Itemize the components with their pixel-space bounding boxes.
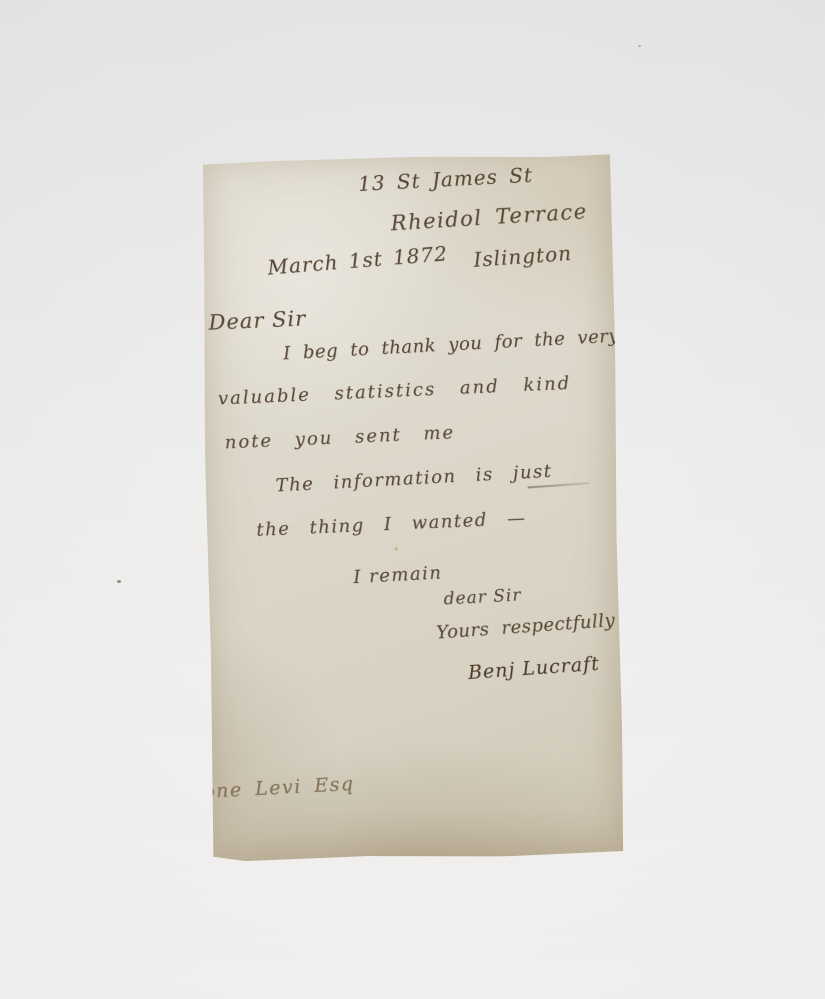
address-line-3: Islington xyxy=(473,241,573,272)
address-line-1: 13 St James St xyxy=(357,163,533,196)
address-line-2: Rheidol Terrace xyxy=(390,199,588,235)
dust-speck xyxy=(117,580,121,583)
body-line-4: The information is just xyxy=(275,461,553,497)
signature: Benj Lucraft xyxy=(467,653,600,684)
body-line-3: note you sent me xyxy=(224,422,455,453)
letter-paper: 13 St James St Rheidol Terrace Islington… xyxy=(200,153,625,861)
body-line-2: valuable statistics and kind xyxy=(218,373,572,410)
pen-flourish xyxy=(528,482,590,488)
salutation: Dear Sir xyxy=(208,306,307,334)
body-line-1: I beg to thank you for the very xyxy=(283,325,620,364)
paper-speck xyxy=(395,547,398,550)
recipient-line: one Levi Esq xyxy=(203,773,355,803)
body-line-5: the thing I wanted — xyxy=(256,508,527,541)
date-line: March 1st 1872 xyxy=(267,241,449,279)
closing-line-2: dear Sir xyxy=(443,585,522,609)
closing-line-1: I remain xyxy=(353,562,443,588)
dust-speck xyxy=(638,45,641,47)
closing-line-3: Yours respectfully xyxy=(436,610,616,644)
photo-background: 13 St James St Rheidol Terrace Islington… xyxy=(0,0,825,999)
